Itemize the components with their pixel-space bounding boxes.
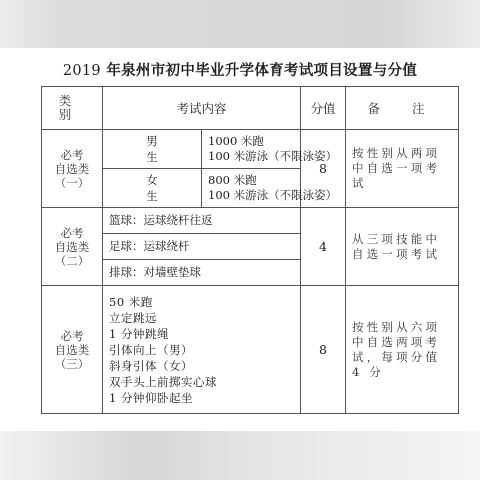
exam-items-table: 类 别 考试内容 分值 备 注 必考 自选类 （一） 男 生 1000 米跑 1… bbox=[41, 86, 459, 414]
content-cell-female: 800 米跑 100 米游泳（不限泳姿） bbox=[202, 169, 301, 208]
gender-cell-male: 男 生 bbox=[103, 130, 202, 169]
table-row: 必考 自选类 （一） 男 生 1000 米跑 100 米游泳（不限泳姿） 8 按… bbox=[42, 130, 459, 169]
content-cell-football: 足球：运球绕杆 bbox=[103, 234, 301, 260]
gender-cell-female: 女 生 bbox=[103, 169, 202, 208]
note-cell-3: 按性别从六项中自选两项考试，每项分值 4 分 bbox=[346, 286, 459, 414]
note-cell-1: 按性别从两项中自选一项考试 bbox=[346, 130, 459, 208]
note-cell-2: 从三项技能中自选一项考试 bbox=[346, 208, 459, 286]
header-score: 分值 bbox=[301, 87, 346, 130]
score-cell-3: 8 bbox=[301, 286, 346, 414]
blurred-background-bottom bbox=[0, 431, 480, 480]
category-cell-1: 必考 自选类 （一） bbox=[42, 130, 103, 208]
blurred-background-top bbox=[0, 0, 480, 48]
title-text: 年泉州市初中毕业升学体育考试项目设置与分值 bbox=[101, 63, 417, 79]
title-year: 2019 bbox=[63, 63, 101, 79]
category-cell-2: 必考 自选类 （二） bbox=[42, 208, 103, 286]
content-cell-male: 1000 米跑 100 米游泳（不限泳姿） bbox=[202, 130, 301, 169]
content-cell-volleyball: 排球：对墙壁垫球 bbox=[103, 260, 301, 286]
score-cell-2: 4 bbox=[301, 208, 346, 286]
page-title: 2019 年泉州市初中毕业升学体育考试项目设置与分值 bbox=[0, 59, 480, 80]
header-category: 类 别 bbox=[42, 87, 103, 130]
table-header-row: 类 别 考试内容 分值 备 注 bbox=[42, 87, 459, 130]
table-row: 必考 自选类 （三） 50 米跑 立定跳远 1 分钟跳绳 引体向上（男） 斜身引… bbox=[42, 286, 459, 414]
content-cell-section-3: 50 米跑 立定跳远 1 分钟跳绳 引体向上（男） 斜身引体（女） 双手头上前掷… bbox=[103, 286, 301, 414]
table-row: 必考 自选类 （二） 篮球：运球绕杆往返 4 从三项技能中自选一项考试 bbox=[42, 208, 459, 234]
header-content: 考试内容 bbox=[103, 87, 301, 130]
category-cell-3: 必考 自选类 （三） bbox=[42, 286, 103, 414]
header-note: 备 注 bbox=[346, 87, 459, 130]
content-cell-basketball: 篮球：运球绕杆往返 bbox=[103, 208, 301, 234]
